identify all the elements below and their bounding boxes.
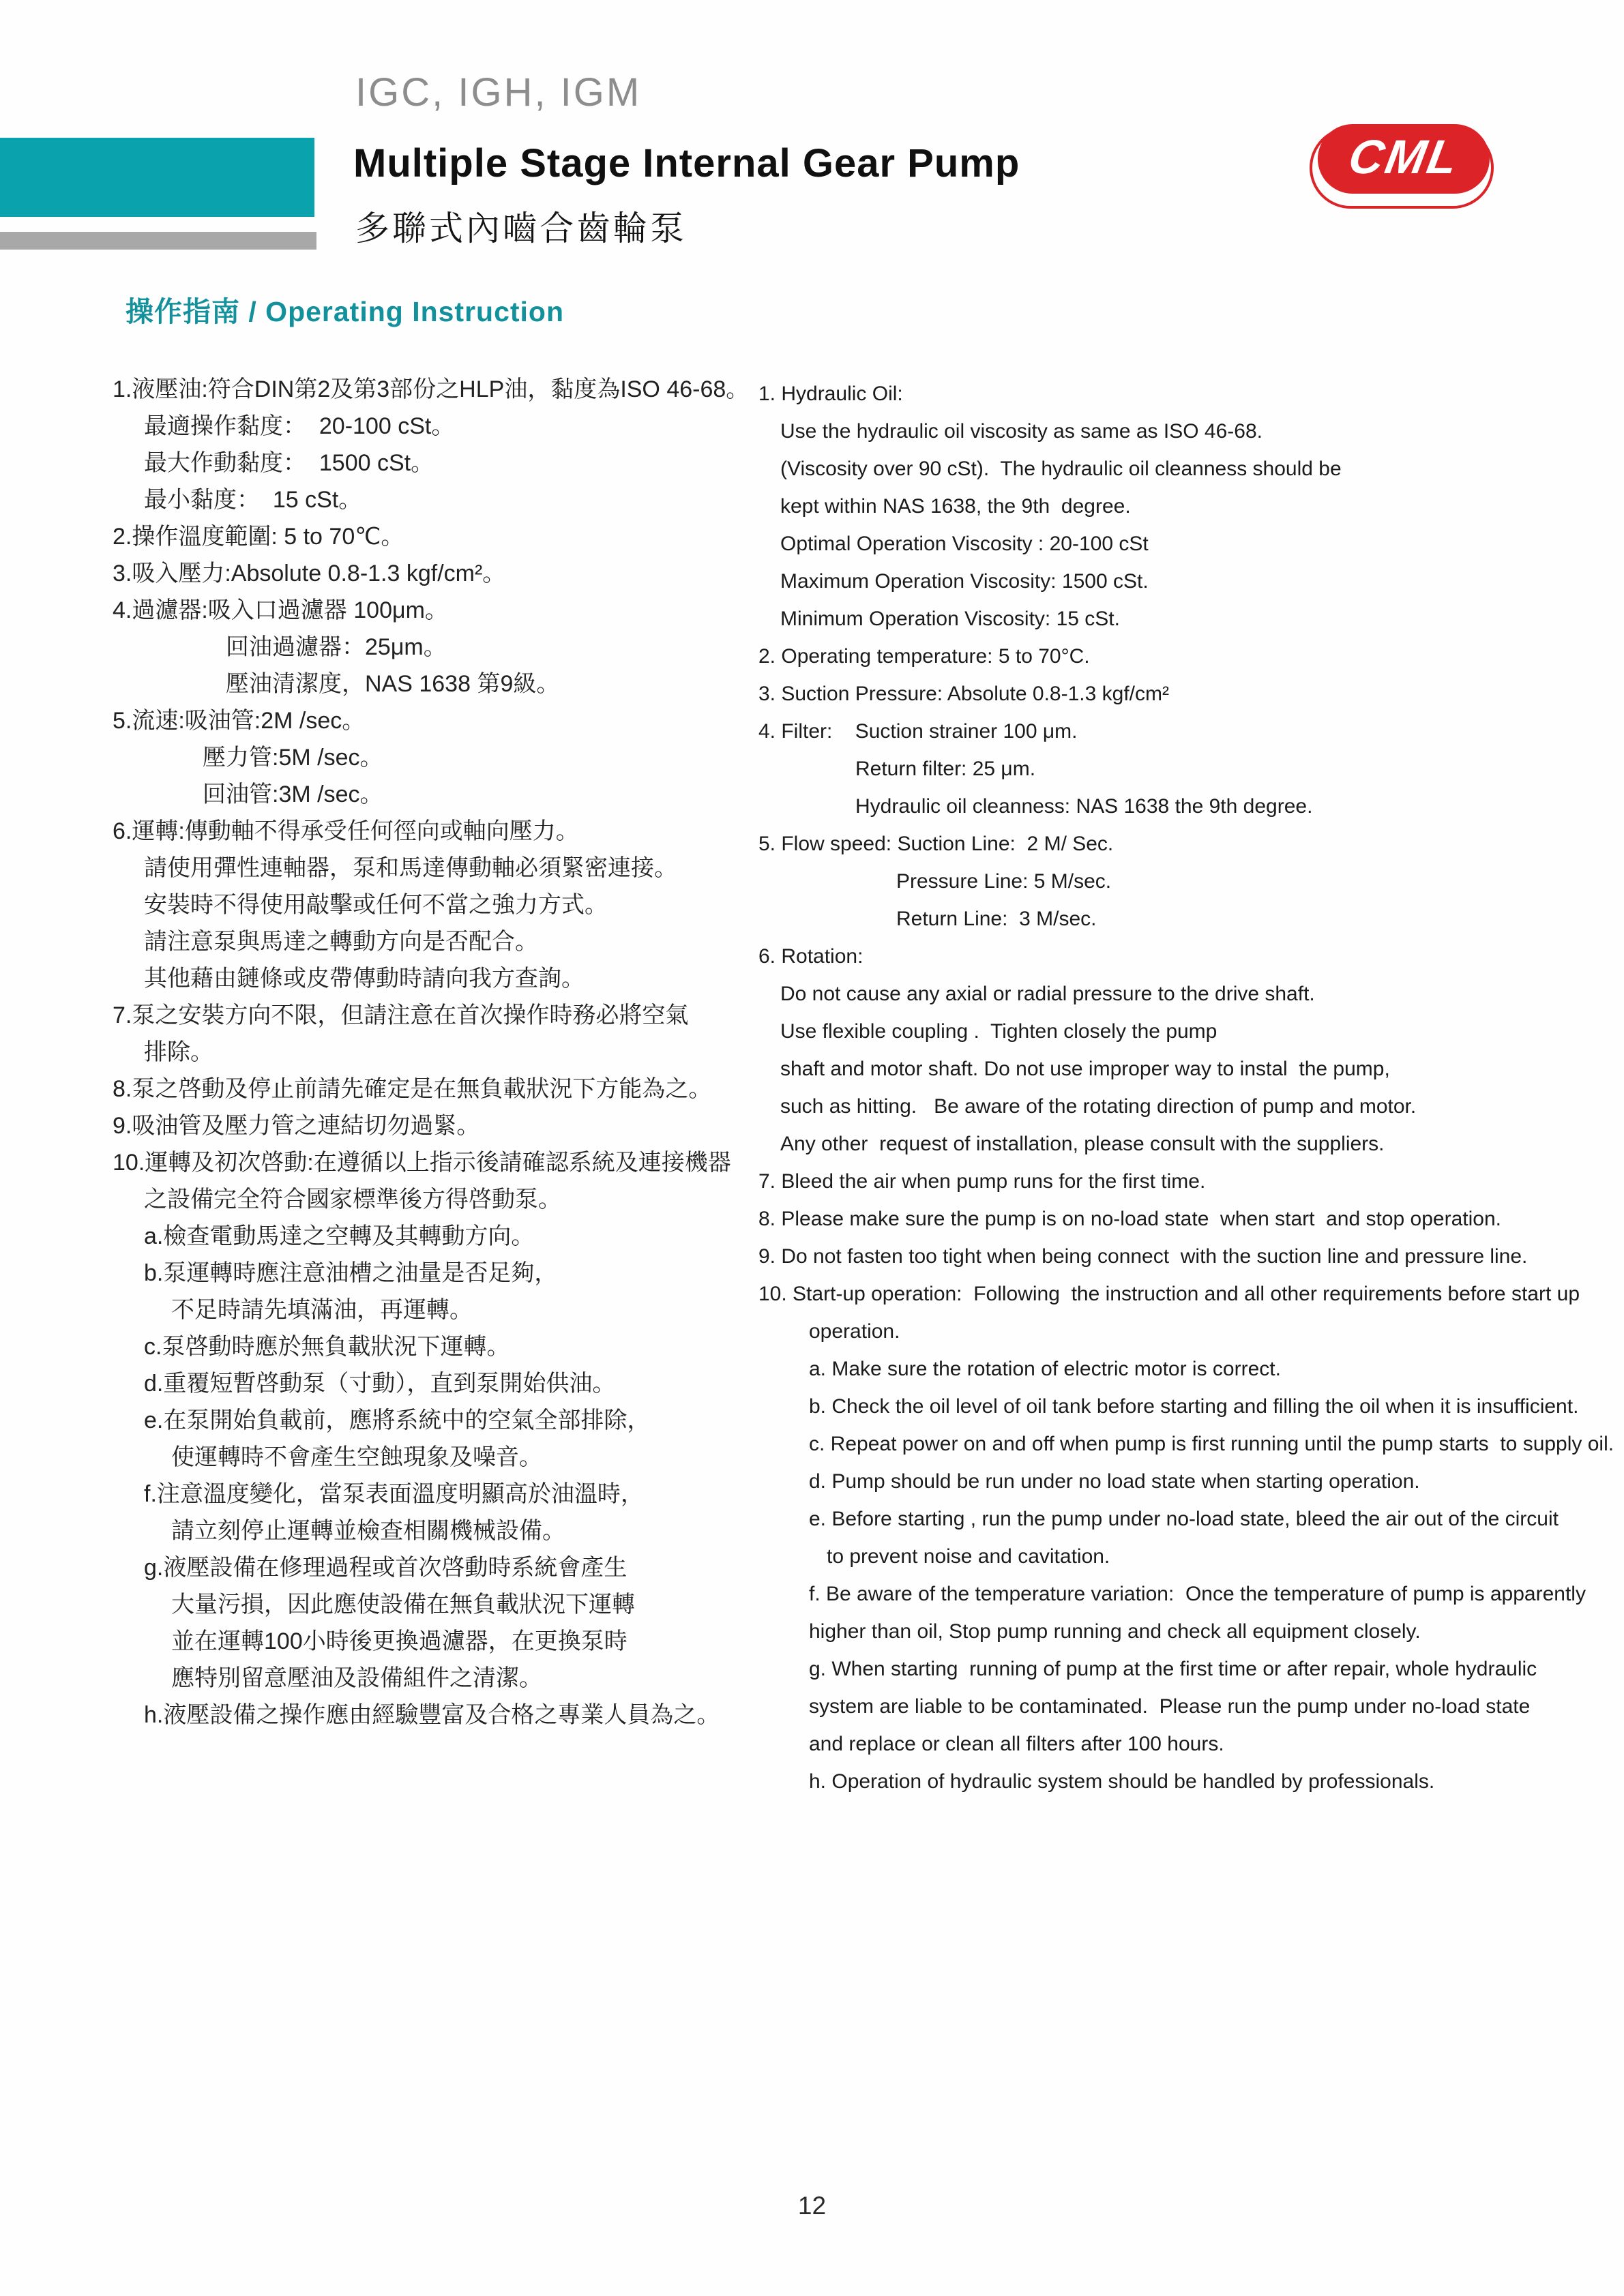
text-line: 7.泵之安裝方向不限，但請注意在首次操作時務必將空氣	[113, 997, 771, 1034]
text-line: d. Pump should be run under no load stat…	[809, 1463, 1614, 1500]
text-line: Optimal Operation Viscosity : 20-100 cSt	[780, 525, 1614, 563]
text-line: 3. Suction Pressure: Absolute 0.8-1.3 kg…	[758, 675, 1614, 713]
text-line: a. Make sure the rotation of electric mo…	[809, 1350, 1614, 1388]
text-line: g. When starting running of pump at the …	[809, 1650, 1614, 1688]
text-line: Use the hydraulic oil viscosity as same …	[780, 413, 1614, 450]
cml-logo: CML	[1310, 124, 1495, 205]
text-line: c. Repeat power on and off when pump is …	[809, 1425, 1614, 1463]
text-line: 請立刻停止運轉並檢查相關機械設備。	[171, 1512, 771, 1549]
text-line: 之設備完全符合國家標準後方得啓動泵。	[144, 1181, 771, 1218]
text-line: b.泵運轉時應注意油槽之油量是否足夠，	[144, 1255, 771, 1292]
text-line: Use flexible coupling . Tighten closely …	[780, 1013, 1614, 1050]
text-line: (Viscosity over 90 cSt). The hydraulic o…	[780, 450, 1614, 488]
header-bar-teal	[0, 138, 314, 217]
text-line: 回油過濾器：25μm。	[226, 629, 771, 666]
text-line: d.重覆短暫啓動泵（寸動），直到泵開始供油。	[144, 1365, 771, 1402]
text-line: system are liable to be contaminated. Pl…	[809, 1688, 1614, 1725]
text-line: e.在泵開始負載前，應將系統中的空氣全部排除，	[144, 1402, 771, 1439]
text-line: 4. Filter: Suction strainer 100 μm.	[758, 713, 1614, 750]
model-series-text: IGC, IGH, IGM	[355, 70, 641, 115]
text-line: 4.過濾器:吸入口過濾器 100μm。	[113, 592, 771, 629]
text-line: f. Be aware of the temperature variation…	[809, 1575, 1614, 1613]
text-line: 壓油清潔度，NAS 1638 第9級。	[226, 666, 771, 702]
text-line: a.檢查電動馬達之空轉及其轉動方向。	[144, 1218, 771, 1255]
section-title: 操作指南 / Operating Instruction	[126, 289, 564, 329]
instructions-column-chinese: 1.液壓油:符合DIN第2及第3部份之HLP油，黏度為ISO 46-68。最適操…	[113, 371, 771, 1733]
text-line: Any other request of installation, pleas…	[780, 1125, 1614, 1163]
text-line: g.液壓設備在修理過程或首次啓動時系統會產生	[144, 1549, 771, 1586]
text-line: 壓力管:5M /sec。	[203, 739, 771, 776]
text-line: Return filter: 25 μm.	[855, 750, 1614, 788]
text-line: 最適操作黏度： 20-100 cSt。	[144, 408, 771, 445]
text-line: 1. Hydraulic Oil:	[758, 375, 1614, 413]
text-line: 8.泵之啓動及停止前請先確定是在無負載狀況下方能為之。	[113, 1071, 771, 1107]
text-line: 2. Operating temperature: 5 to 70°C.	[758, 638, 1614, 675]
text-line: Hydraulic oil cleanness: NAS 1638 the 9t…	[855, 788, 1614, 825]
text-line: 請注意泵與馬達之轉動方向是否配合。	[144, 923, 771, 960]
text-line: Minimum Operation Viscosity: 15 cSt.	[780, 600, 1614, 638]
header-bar-gray	[0, 232, 316, 250]
text-line: b. Check the oil level of oil tank befor…	[809, 1388, 1614, 1425]
text-line: Pressure Line: 5 M/sec.	[896, 863, 1614, 900]
text-line: 最大作動黏度： 1500 cSt。	[144, 445, 771, 481]
text-line: to prevent noise and cavitation.	[827, 1538, 1614, 1575]
text-line: 排除。	[144, 1034, 771, 1071]
text-line: shaft and motor shaft. Do not use improp…	[780, 1050, 1614, 1088]
text-line: Do not cause any axial or radial pressur…	[780, 975, 1614, 1013]
text-line: 請使用彈性連軸器，泵和馬達傳動軸必須緊密連接。	[144, 850, 771, 886]
text-line: 9.吸油管及壓力管之連結切勿過緊。	[113, 1107, 771, 1144]
logo-text: CML	[1344, 130, 1464, 188]
text-line: operation.	[809, 1313, 1614, 1350]
text-line: f.注意溫度變化，當泵表面溫度明顯高於油溫時，	[144, 1476, 771, 1512]
text-line: 10.運轉及初次啓動:在遵循以上指示後請確認系統及連接機器	[113, 1144, 771, 1181]
text-line: Maximum Operation Viscosity: 1500 cSt.	[780, 563, 1614, 600]
text-line: 6.運轉:傳動軸不得承受任何徑向或軸向壓力。	[113, 813, 771, 850]
instructions-column-english: 1. Hydraulic Oil:Use the hydraulic oil v…	[758, 375, 1614, 1800]
page-title-en: Multiple Stage Internal Gear Pump	[353, 140, 1020, 186]
text-line: 其他藉由鏈條或皮帶傳動時請向我方查詢。	[144, 960, 771, 997]
text-line: 最小黏度： 15 cSt。	[144, 481, 771, 518]
text-line: 10. Start-up operation: Following the in…	[758, 1275, 1614, 1313]
text-line: and replace or clean all filters after 1…	[809, 1725, 1614, 1763]
page-title-zh: 多聯式內嚙合齒輪泵	[355, 201, 687, 250]
text-line: c.泵啓動時應於無負載狀況下運轉。	[144, 1328, 771, 1365]
text-line: such as hitting. Be aware of the rotatin…	[780, 1088, 1614, 1125]
text-line: Return Line: 3 M/sec.	[896, 900, 1614, 938]
document-page: IGC, IGH, IGM Multiple Stage Internal Ge…	[0, 0, 1624, 2296]
text-line: h. Operation of hydraulic system should …	[809, 1763, 1614, 1800]
text-line: 安裝時不得使用敲擊或任何不當之強力方式。	[144, 886, 771, 923]
text-line: 應特別留意壓油及設備組件之清潔。	[171, 1660, 771, 1697]
text-line: 3.吸入壓力:Absolute 0.8-1.3 kgf/cm²。	[113, 555, 771, 592]
text-line: 7. Bleed the air when pump runs for the …	[758, 1163, 1614, 1200]
text-line: kept within NAS 1638, the 9th degree.	[780, 488, 1614, 525]
text-line: 5. Flow speed: Suction Line: 2 M/ Sec.	[758, 825, 1614, 863]
text-line: 1.液壓油:符合DIN第2及第3部份之HLP油，黏度為ISO 46-68。	[113, 371, 771, 408]
text-line: h.液壓設備之操作應由經驗豐富及合格之專業人員為之。	[144, 1697, 771, 1733]
text-line: 使運轉時不會產生空蝕現象及噪音。	[171, 1439, 771, 1476]
text-line: higher than oil, Stop pump running and c…	[809, 1613, 1614, 1650]
text-line: 並在運轉100小時後更換過濾器，在更換泵時	[171, 1623, 771, 1660]
text-line: 不足時請先填滿油，再運轉。	[171, 1292, 771, 1328]
text-line: 9. Do not fasten too tight when being co…	[758, 1238, 1614, 1275]
page-number: 12	[0, 2192, 1624, 2220]
text-line: 6. Rotation:	[758, 938, 1614, 975]
text-line: 大量污損，因此應使設備在無負載狀況下運轉	[171, 1586, 771, 1623]
text-line: e. Before starting , run the pump under …	[809, 1500, 1614, 1538]
logo-pill: CML	[1318, 124, 1490, 194]
text-line: 5.流速:吸油管:2M /sec。	[113, 702, 771, 739]
text-line: 回油管:3M /sec。	[203, 776, 771, 813]
text-line: 2.操作溫度範圍: 5 to 70℃。	[113, 518, 771, 555]
text-line: 8. Please make sure the pump is on no-lo…	[758, 1200, 1614, 1238]
